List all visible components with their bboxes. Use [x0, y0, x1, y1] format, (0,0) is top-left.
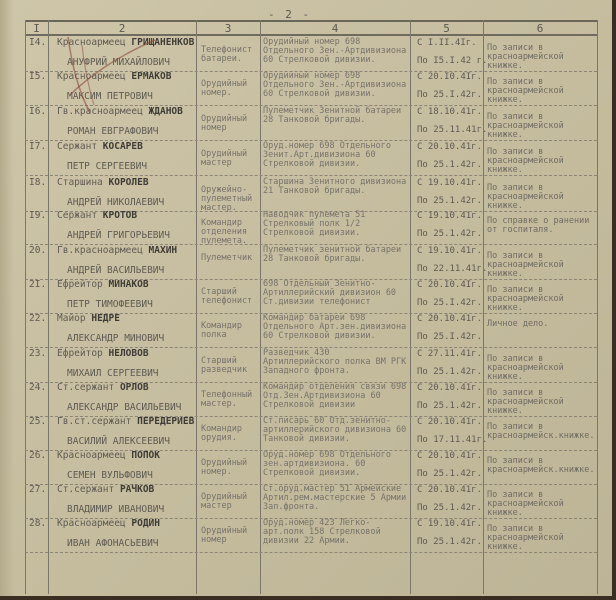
- position: Телефонист батареи.: [201, 46, 261, 64]
- position: Командир полка: [201, 322, 261, 340]
- rank-surname: Старшина КОРОЛЕВ: [57, 178, 217, 188]
- person-cell: Ефрейтор НЕЛОВОВМИХАИЛ СЕРГЕЕВИЧ: [57, 349, 217, 379]
- row-number: I5.: [29, 72, 49, 82]
- row-number: I8.: [29, 178, 49, 188]
- position: Телефонный мастер.: [201, 391, 261, 409]
- given-name: МАКСИМ ПЕТРОВИЧ: [57, 92, 217, 102]
- date-to: По I5.I.42 г.: [417, 56, 497, 66]
- service-period: С 20.10.41г.По 25.1.42г.: [417, 451, 497, 479]
- date-to: По 25.1.42г.: [417, 469, 497, 479]
- column-header: 2: [48, 22, 196, 35]
- person-cell: Сержант КРОТОВАНДРЕЙ ГРИГОРЬЕВИЧ: [57, 211, 217, 241]
- service-period: С 19.10.41г.По 22.11.41г.: [417, 246, 497, 274]
- surname: РОДИН: [131, 518, 160, 529]
- unit: Пулеметчик Зенитной батареи 28 Танковой …: [263, 107, 411, 125]
- date-from: С 19.10.41г.: [417, 519, 482, 529]
- row-number: 28.: [29, 519, 49, 529]
- position: Командир орудия.: [201, 425, 261, 443]
- row-number: I4.: [29, 38, 49, 48]
- source-note: По записи в красноармейской книжке.: [487, 184, 597, 211]
- unit: Оруд.номер 423 Легко-арт.полк 158 Стрелк…: [263, 519, 411, 546]
- service-period: С 20.10.41г.По 25.1.42г.: [417, 142, 497, 170]
- rank: Старшина: [57, 177, 103, 188]
- surname: РАЧКОВ: [120, 484, 154, 495]
- table-row: I6.Гв.красноармеец ЖДАНОВРОМАН ЕВГРАФОВИ…: [25, 107, 597, 141]
- rank: Ефрейтор: [57, 348, 103, 359]
- table-row: 25.Гв.ст.сержант ПЕРЕДЕРИЕВВАСИЛИЙ АЛЕКС…: [25, 417, 597, 451]
- source-note: По записи в красноармейской книжке.: [487, 491, 597, 518]
- service-period: С 19.10.41г.По 25.1.42г.: [417, 211, 497, 239]
- date-to: По 25.11.41г.: [417, 125, 497, 135]
- table-row: 20.Гв.красноармеец МАХИНАНДРЕЙ ВАСИЛЬЕВИ…: [25, 246, 597, 280]
- date-to: По 25.1.42г.: [417, 401, 497, 411]
- surname: НЕДРЕ: [91, 313, 120, 324]
- given-name: РОМАН ЕВГРАФОВИЧ: [57, 127, 217, 137]
- date-to: По 22.11.41г.: [417, 264, 497, 274]
- page-fold-shadow: [0, 0, 14, 596]
- date-from: С 19.10.41г.: [417, 211, 482, 221]
- date-to: По 25.I.42г.: [417, 298, 497, 308]
- rank-surname: Ст.сержант РАЧКОВ: [57, 485, 217, 495]
- table-row: I4.Красноармеец ГРИЩАНЕНКОВАНУФРИЙ МИХАЙ…: [25, 38, 597, 72]
- date-to: По 25.1.42г.: [417, 160, 497, 170]
- service-period: С 20.I0.4Iг.По 25.I.42г.: [417, 72, 497, 100]
- position: Командир отделения пулемета.: [201, 219, 261, 246]
- source-note: По записи в красноармейской книжке.: [487, 286, 597, 313]
- row-number: 24.: [29, 383, 49, 393]
- date-from: С 20.10.41г.: [417, 383, 482, 393]
- unit: Старшина Зенитного дивизиона 21 Танковой…: [263, 178, 411, 196]
- date-to: По 25.I.42г.: [417, 332, 497, 342]
- date-from: С 20.I0.4Iг.: [417, 72, 482, 82]
- person-cell: Ст.сержант ОРЛОВАЛЕКСАНДР ВАСИЛЬЕВИЧ: [57, 383, 217, 413]
- given-name: ПЕТР ТИМОФЕЕВИЧ: [57, 300, 217, 310]
- source-note: По записи в красноармейской книжке.: [487, 113, 597, 140]
- rank: Майор: [57, 313, 86, 324]
- rank-surname: Красноармеец ПОПОК: [57, 451, 217, 461]
- unit: Орудийный номер 698 Отдельного Зен.-Артд…: [263, 72, 411, 99]
- surname: КРОТОВ: [103, 210, 137, 221]
- person-cell: Старшина КОРОЛЕВАНДРЕЙ НИКОЛАЕВИЧ: [57, 178, 217, 208]
- position: Оружейно-пулеметный мастер.: [201, 186, 261, 213]
- table-row: 22.Майор НЕДРЕАЛЕКСАНДР МИНОВИЧКомандир …: [25, 314, 597, 348]
- source-note: По записи в красноармейской книжке.: [487, 148, 597, 175]
- row-number: 25.: [29, 417, 49, 427]
- rank: Ст.сержант: [57, 382, 114, 393]
- service-period: С 19.10.41г.По 25.1.42г.: [417, 178, 497, 206]
- table-row: 2I.Ефрейтор МИНАКОВПЕТР ТИМОФЕЕВИЧСтарши…: [25, 280, 597, 314]
- service-period: С 18.10.41г.По 25.11.41г.: [417, 107, 497, 135]
- position: Орудийный номер: [201, 527, 261, 545]
- person-cell: Гв.ст.сержант ПЕРЕДЕРИЕВВАСИЛИЙ АЛЕКСЕЕВ…: [57, 417, 217, 447]
- rank: Сержант: [57, 141, 97, 152]
- rank-surname: Сержант КОСАРЕВ: [57, 142, 217, 152]
- unit: 698 Отдельный Зенитно-Артиллерийский див…: [263, 280, 411, 307]
- surname: ГРИЩАНЕНКОВ: [131, 37, 194, 48]
- surname: ПОПОК: [131, 450, 160, 461]
- source-note: По записи в красноармейской книжке.: [487, 44, 597, 71]
- rank: Ст.сержант: [57, 484, 114, 495]
- date-from: С 19.10.41г.: [417, 178, 482, 188]
- date-from: С 18.10.41г.: [417, 107, 482, 117]
- surname: ОРЛОВ: [120, 382, 149, 393]
- rank-surname: Красноармеец РОДИН: [57, 519, 217, 529]
- table-row: I8.Старшина КОРОЛЕВАНДРЕЙ НИКОЛАЕВИЧОруж…: [25, 178, 597, 212]
- date-to: По 25.1.42г.: [417, 503, 497, 513]
- rank: Ефрейтор: [57, 279, 103, 290]
- date-to: По 25.1.42г.: [417, 229, 497, 239]
- table-row: I7.Сержант КОСАРЕВПЕТР СЕРГЕЕВИЧОрудийны…: [25, 142, 597, 176]
- rank: Красноармеец: [57, 450, 126, 461]
- unit: Орудийный номер 698 Отдельного Зен.-Артд…: [263, 38, 411, 65]
- service-period: С 20.10.41г.По 25.1.42г.: [417, 485, 497, 513]
- source-note: По записи в красноармейской книжке.: [487, 78, 597, 105]
- table-row: 23.Ефрейтор НЕЛОВОВМИХАИЛ СЕРГЕЕВИЧСтарш…: [25, 349, 597, 383]
- row-divider: [25, 552, 597, 553]
- position: Орудийный мастер: [201, 493, 261, 511]
- date-from: С 19.10.41г.: [417, 246, 482, 256]
- date-to: По 17.11.41г.: [417, 435, 497, 445]
- unit: Разведчик 430 Артиллерийского полка ВМ Р…: [263, 349, 411, 376]
- row-number: 23.: [29, 349, 49, 359]
- date-to: По 25.I.42г.: [417, 90, 497, 100]
- row-number: I7.: [29, 142, 49, 152]
- source-note: По записи в красноармейской книжке.: [487, 252, 597, 279]
- unit: Ст.оруд.мастер 51 Армейские Артил.рем.ма…: [263, 485, 411, 512]
- given-name: СЕМЕН ВУЛЬФОВИЧ: [57, 471, 217, 481]
- source-note: По справке о ранении от госпиталя.: [487, 217, 597, 235]
- position: Орудийный номер.: [201, 80, 261, 98]
- person-cell: Сержант КОСАРЕВПЕТР СЕРГЕЕВИЧ: [57, 142, 217, 172]
- rank: Гв.красноармеец: [57, 106, 143, 117]
- person-cell: Ст.сержант РАЧКОВВЛАДИМИР ИВАНОВИЧ: [57, 485, 217, 515]
- person-cell: Ефрейтор МИНАКОВПЕТР ТИМОФЕЕВИЧ: [57, 280, 217, 310]
- person-cell: Красноармеец ЕРМАКОВМАКСИМ ПЕТРОВИЧ: [57, 72, 217, 102]
- person-cell: Майор НЕДРЕАЛЕКСАНДР МИНОВИЧ: [57, 314, 217, 344]
- unit: Пулеметчик зенитной батареи 28 Танковой …: [263, 246, 411, 264]
- given-name: АНУФРИЙ МИХАЙЛОВИЧ: [57, 58, 217, 68]
- source-note: По записи в красноармейск.книжке.: [487, 457, 597, 475]
- column-header: 6: [483, 22, 597, 35]
- source-note: По записи в красноармейской книжке.: [487, 389, 597, 416]
- rank: Красноармеец: [57, 37, 126, 48]
- date-from: С 20.10.41г.: [417, 417, 482, 427]
- service-period: С 20.I0.4Iг.По 25.I.42г.: [417, 280, 497, 308]
- unit: Командир отделения связи 698 Отд.Зен.Арт…: [263, 383, 411, 410]
- document-page: - 2 - I 2 3 4 5 6 I4.Красноармеец ГРИЩАН…: [0, 0, 612, 596]
- rank-surname: Ефрейтор НЕЛОВОВ: [57, 349, 217, 359]
- row-number: 20.: [29, 246, 49, 256]
- rank: Гв.красноармеец: [57, 245, 143, 256]
- rank: Красноармеец: [57, 71, 126, 82]
- date-from: С 27.11.41г.: [417, 349, 482, 359]
- table-header: I 2 3 4 5 6: [25, 22, 597, 34]
- date-from: С I.II.4Iг.: [417, 38, 477, 48]
- surname: КОСАРЕВ: [103, 141, 143, 152]
- column-header: 5: [410, 22, 483, 35]
- row-number: 27.: [29, 485, 49, 495]
- date-to: По 25.1.42г.: [417, 537, 497, 547]
- row-divider: [25, 175, 597, 176]
- unit: Наводчик пулемета 51 Стрелковый полк 1/2…: [263, 211, 411, 238]
- table-row: 27.Ст.сержант РАЧКОВВЛАДИМИР ИВАНОВИЧОру…: [25, 485, 597, 519]
- position: Орудийный номер.: [201, 459, 261, 477]
- surname: ЖДАНОВ: [149, 106, 183, 117]
- date-from: С 20.I0.4Iг.: [417, 280, 482, 290]
- surname: ЕРМАКОВ: [131, 71, 171, 82]
- column-header: 4: [260, 22, 410, 35]
- date-to: По 25.1.42г.: [417, 196, 497, 206]
- rank: Сержант: [57, 210, 97, 221]
- service-period: С 19.10.41г.По 25.1.42г.: [417, 519, 497, 547]
- given-name: АЛЕКСАНДР МИНОВИЧ: [57, 334, 217, 344]
- position: Орудийный мастер: [201, 150, 261, 168]
- rank: Красноармеец: [57, 518, 126, 529]
- row-number: I6.: [29, 107, 49, 117]
- position: Орудийный номер: [201, 115, 261, 133]
- column-header: I: [25, 22, 48, 35]
- service-period: С I.II.4Iг.По I5.I.42 г.: [417, 38, 497, 66]
- date-from: С 20.10.41г.: [417, 485, 482, 495]
- person-cell: Красноармеец РОДИНИВАН АФОНАСЬЕВИЧ: [57, 519, 217, 549]
- unit: Ст.писарь 60 Отд.зенитно-артиллерийского…: [263, 417, 411, 444]
- table-row: 24.Ст.сержант ОРЛОВАЛЕКСАНДР ВАСИЛЬЕВИЧТ…: [25, 383, 597, 417]
- given-name: ВЛАДИМИР ИВАНОВИЧ: [57, 505, 217, 515]
- rank-surname: Красноармеец ГРИЩАНЕНКОВ: [57, 38, 217, 48]
- column-rule: [597, 20, 598, 594]
- service-period: С 27.11.41г.По 25.1.42г.: [417, 349, 497, 377]
- row-number: I9.: [29, 211, 49, 221]
- person-cell: Гв.красноармеец ЖДАНОВРОМАН ЕВГРАФОВИЧ: [57, 107, 217, 137]
- source-note: По записи в красноармейской книжке.: [487, 355, 597, 382]
- position: Старший разведчик: [201, 357, 261, 375]
- unit: Оруд.номер 698 Отдельного Зенит.Арт.диви…: [263, 142, 411, 169]
- rank-surname: Майор НЕДРЕ: [57, 314, 217, 324]
- date-from: С 20.10.41г.: [417, 314, 482, 324]
- surname: КОРОЛЕВ: [109, 177, 149, 188]
- service-period: С 20.10.41г.По 25.1.42г.: [417, 383, 497, 411]
- given-name: АНДРЕЙ ГРИГОРЬЕВИЧ: [57, 231, 217, 241]
- row-number: 2I.: [29, 280, 49, 290]
- source-note: По записи в красноармейск.книжке.: [487, 423, 597, 441]
- surname: МАХИН: [149, 245, 178, 256]
- table-row: 26.Красноармеец ПОПОКСЕМЕН ВУЛЬФОВИЧОруд…: [25, 451, 597, 485]
- given-name: АНДРЕЙ ВАСИЛЬЕВИЧ: [57, 266, 217, 276]
- table-row: 28.Красноармеец РОДИНИВАН АФОНАСЬЕВИЧОру…: [25, 519, 597, 553]
- rank-surname: Гв.красноармеец ЖДАНОВ: [57, 107, 217, 117]
- service-period: С 20.10.41г.По 25.I.42г.: [417, 314, 497, 342]
- rank-surname: Гв.красноармеец МАХИН: [57, 246, 217, 256]
- person-cell: Гв.красноармеец МАХИНАНДРЕЙ ВАСИЛЬЕВИЧ: [57, 246, 217, 276]
- given-name: ИВАН АФОНАСЬЕВИЧ: [57, 539, 217, 549]
- person-cell: Красноармеец ГРИЩАНЕНКОВАНУФРИЙ МИХАЙЛОВ…: [57, 38, 217, 68]
- given-name: АНДРЕЙ НИКОЛАЕВИЧ: [57, 198, 217, 208]
- table-row: I5.Красноармеец ЕРМАКОВМАКСИМ ПЕТРОВИЧОр…: [25, 72, 597, 106]
- rank-surname: Ст.сержант ОРЛОВ: [57, 383, 217, 393]
- position: Пулеметчик: [201, 254, 261, 263]
- rank-surname: Гв.ст.сержант ПЕРЕДЕРИЕВ: [57, 417, 217, 427]
- date-from: С 20.10.41г.: [417, 142, 482, 152]
- surname: НЕЛОВОВ: [109, 348, 149, 359]
- surname: ПЕРЕДЕРИЕВ: [137, 416, 194, 427]
- column-header: 3: [196, 22, 260, 35]
- given-name: МИХАИЛ СЕРГЕЕВИЧ: [57, 369, 217, 379]
- table-row: I9.Сержант КРОТОВАНДРЕЙ ГРИГОРЬЕВИЧКоман…: [25, 211, 597, 245]
- given-name: ПЕТР СЕРГЕЕВИЧ: [57, 162, 217, 172]
- source-note: По записи в красноармейской книжке.: [487, 525, 597, 552]
- position: Старший телефонист: [201, 288, 261, 306]
- service-period: С 20.10.41г.По 17.11.41г.: [417, 417, 497, 445]
- date-from: С 20.10.41г.: [417, 451, 482, 461]
- given-name: АЛЕКСАНДР ВАСИЛЬЕВИЧ: [57, 403, 217, 413]
- surname: МИНАКОВ: [109, 279, 149, 290]
- unit: Оруд.номер 698 Отдельного зен.артдивизио…: [263, 451, 411, 478]
- date-to: По 25.1.42г.: [417, 367, 497, 377]
- given-name: ВАСИЛИЙ АЛЕКСЕЕВИЧ: [57, 437, 217, 447]
- unit: Командир батареи 698 Отдельного Арт.зен.…: [263, 314, 411, 341]
- rank-surname: Сержант КРОТОВ: [57, 211, 217, 221]
- person-cell: Красноармеец ПОПОКСЕМЕН ВУЛЬФОВИЧ: [57, 451, 217, 481]
- rank-surname: Красноармеец ЕРМАКОВ: [57, 72, 217, 82]
- row-number: 22.: [29, 314, 49, 324]
- rank-surname: Ефрейтор МИНАКОВ: [57, 280, 217, 290]
- rank: Гв.ст.сержант: [57, 416, 131, 427]
- row-number: 26.: [29, 451, 49, 461]
- source-note: Личное дело.: [487, 320, 597, 329]
